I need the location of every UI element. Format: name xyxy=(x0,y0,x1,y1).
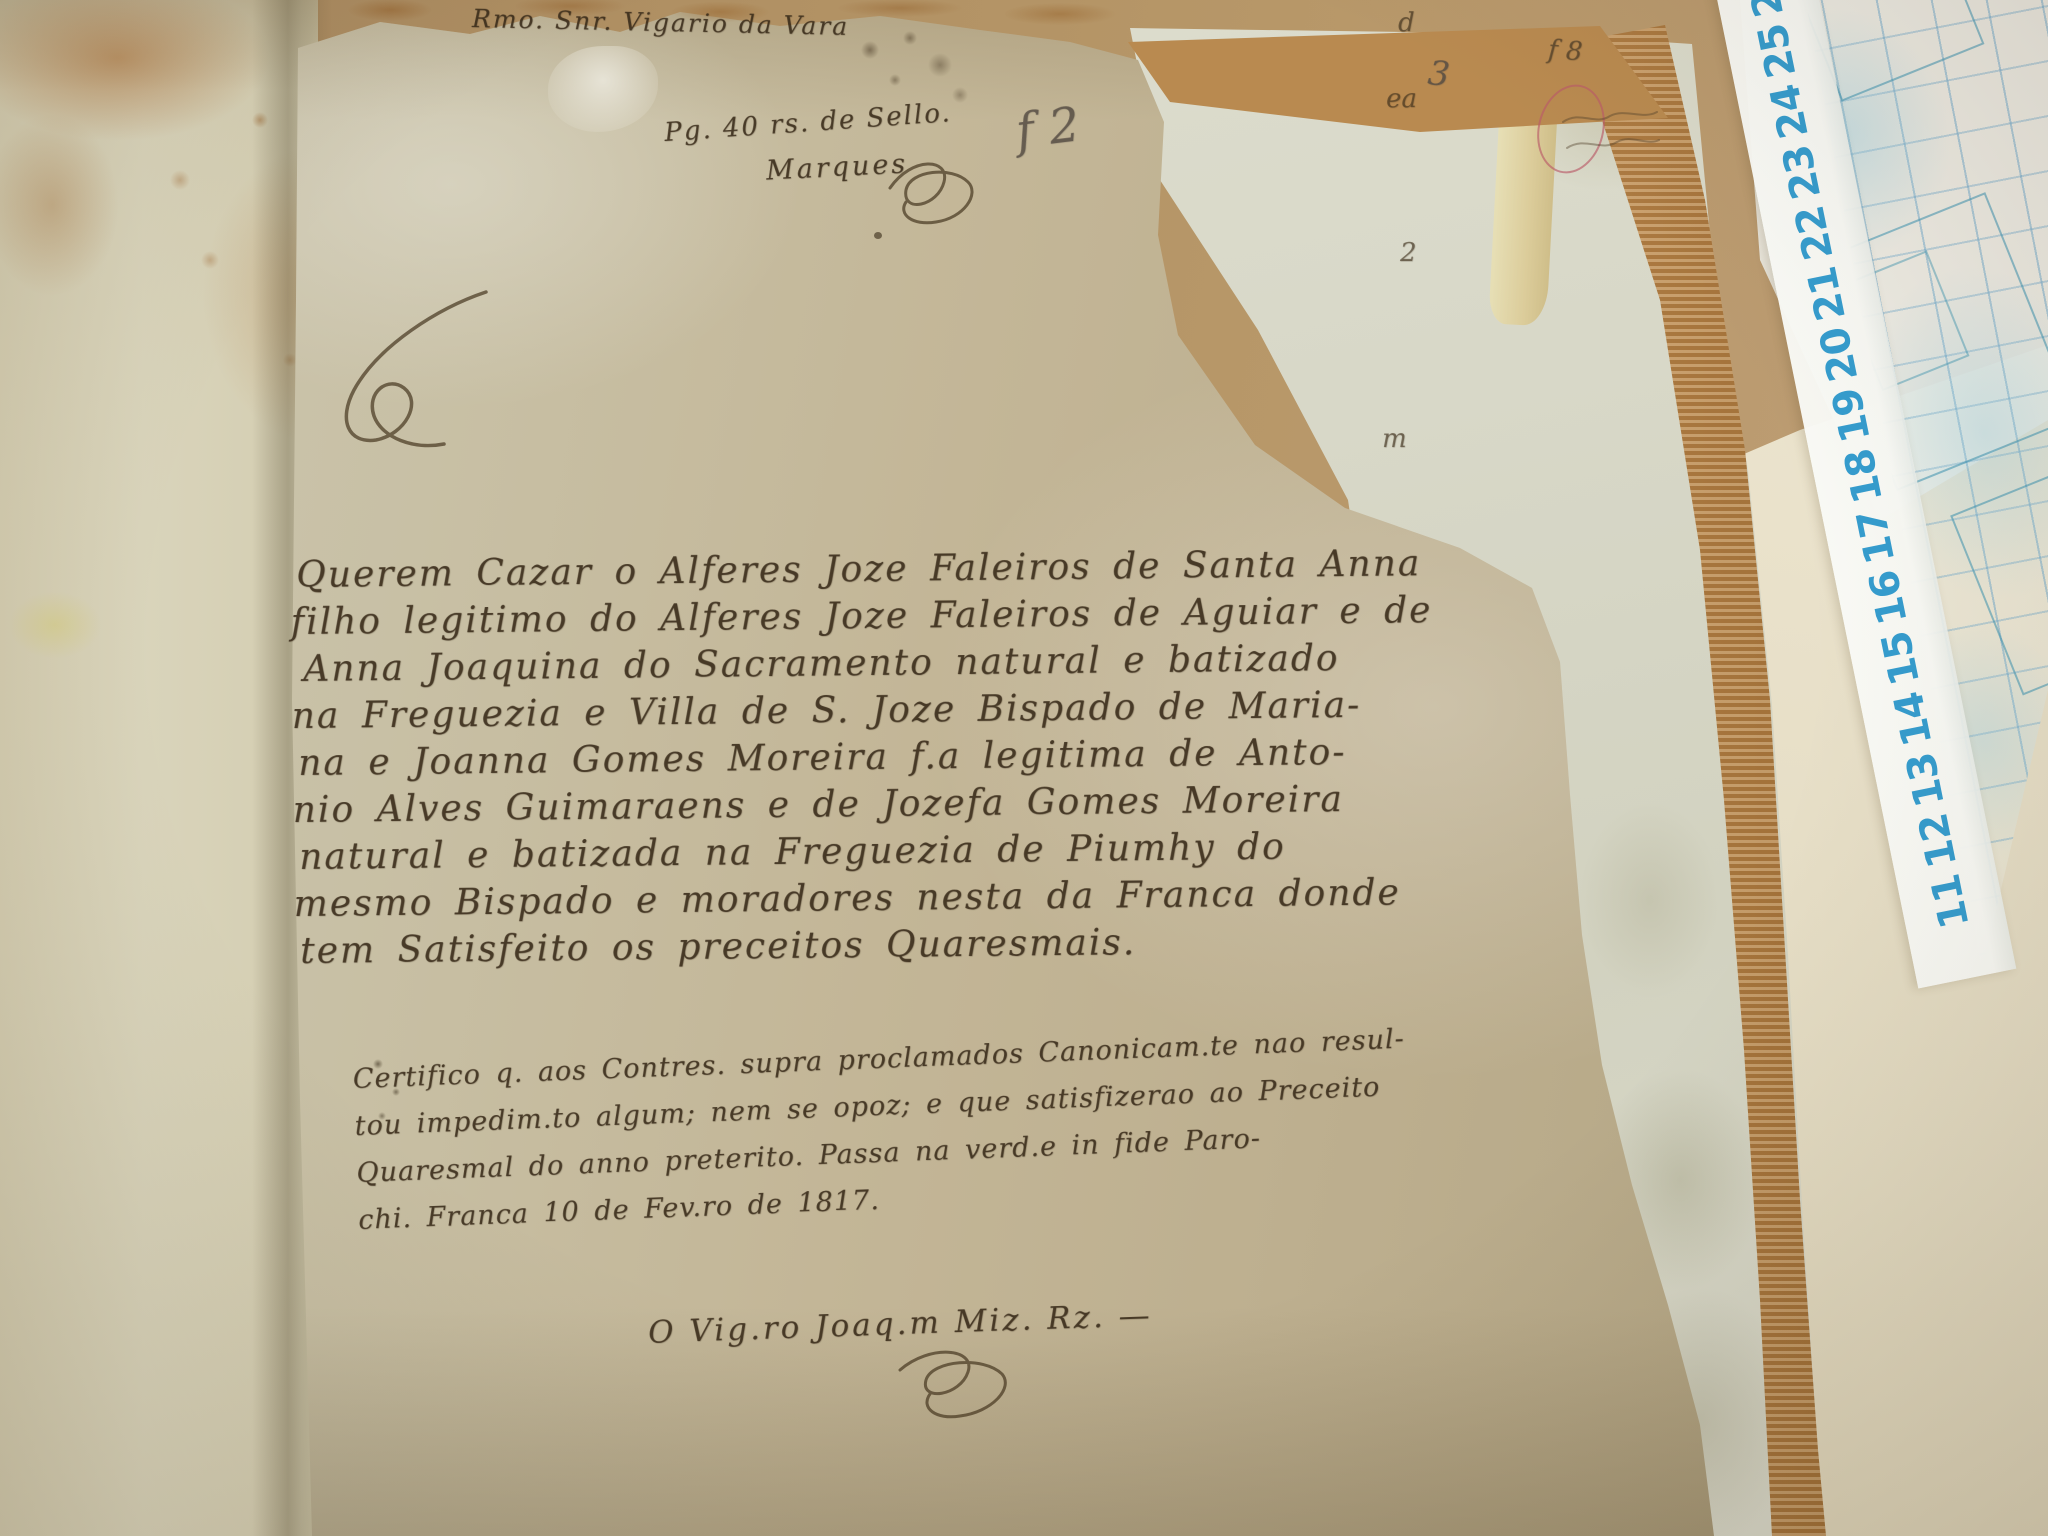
leaf-folio-mark: f 8 xyxy=(1547,35,1583,67)
pencil-folio-mark: f 2 xyxy=(1013,96,1083,159)
marques-rubric xyxy=(872,148,982,238)
ruler-number: 11 xyxy=(1923,874,1978,932)
ruler-number: 16 xyxy=(1862,570,1917,628)
marriage-petition-text: Querem Cazar o Alferes Joze Faleiros de … xyxy=(296,539,1560,975)
ruler-number: 24 xyxy=(1763,84,1818,142)
leaf-edge-fragment: d xyxy=(1398,8,1415,38)
vicar-rubric xyxy=(880,1340,1020,1430)
photo-of-manuscript-book: 26 25 24 23 22 21 20 19 18 17 16 15 14 1… xyxy=(0,0,2048,1536)
ruler-number: 13 xyxy=(1899,753,1954,811)
leaf-edge-fragment: 2 xyxy=(1400,238,1417,268)
ruler-number: 20 xyxy=(1812,327,1867,385)
pen-flourish-initial xyxy=(318,282,518,472)
ruler-number: 19 xyxy=(1825,388,1880,446)
ruler-number: 23 xyxy=(1775,145,1830,203)
pencil-corner-mark: 3 xyxy=(1426,53,1452,95)
ruler-number: 25 xyxy=(1750,24,1805,82)
ruler-number: 26 xyxy=(1738,0,1793,21)
illegible-note-squiggle xyxy=(1555,100,1665,170)
ruler-number: 17 xyxy=(1849,510,1904,568)
ruler-number: 18 xyxy=(1837,449,1892,507)
ruler-number: 21 xyxy=(1800,267,1855,325)
ruler-number: 14 xyxy=(1886,692,1941,750)
ruler-number: 12 xyxy=(1911,813,1966,871)
leaf-edge-fragment: ea xyxy=(1386,84,1417,114)
leaf-edge-fragment: m xyxy=(1382,424,1407,454)
ruler-number: 22 xyxy=(1787,206,1842,264)
grid-pattern-shape xyxy=(1950,465,2048,695)
ruler-number: 15 xyxy=(1874,631,1929,689)
